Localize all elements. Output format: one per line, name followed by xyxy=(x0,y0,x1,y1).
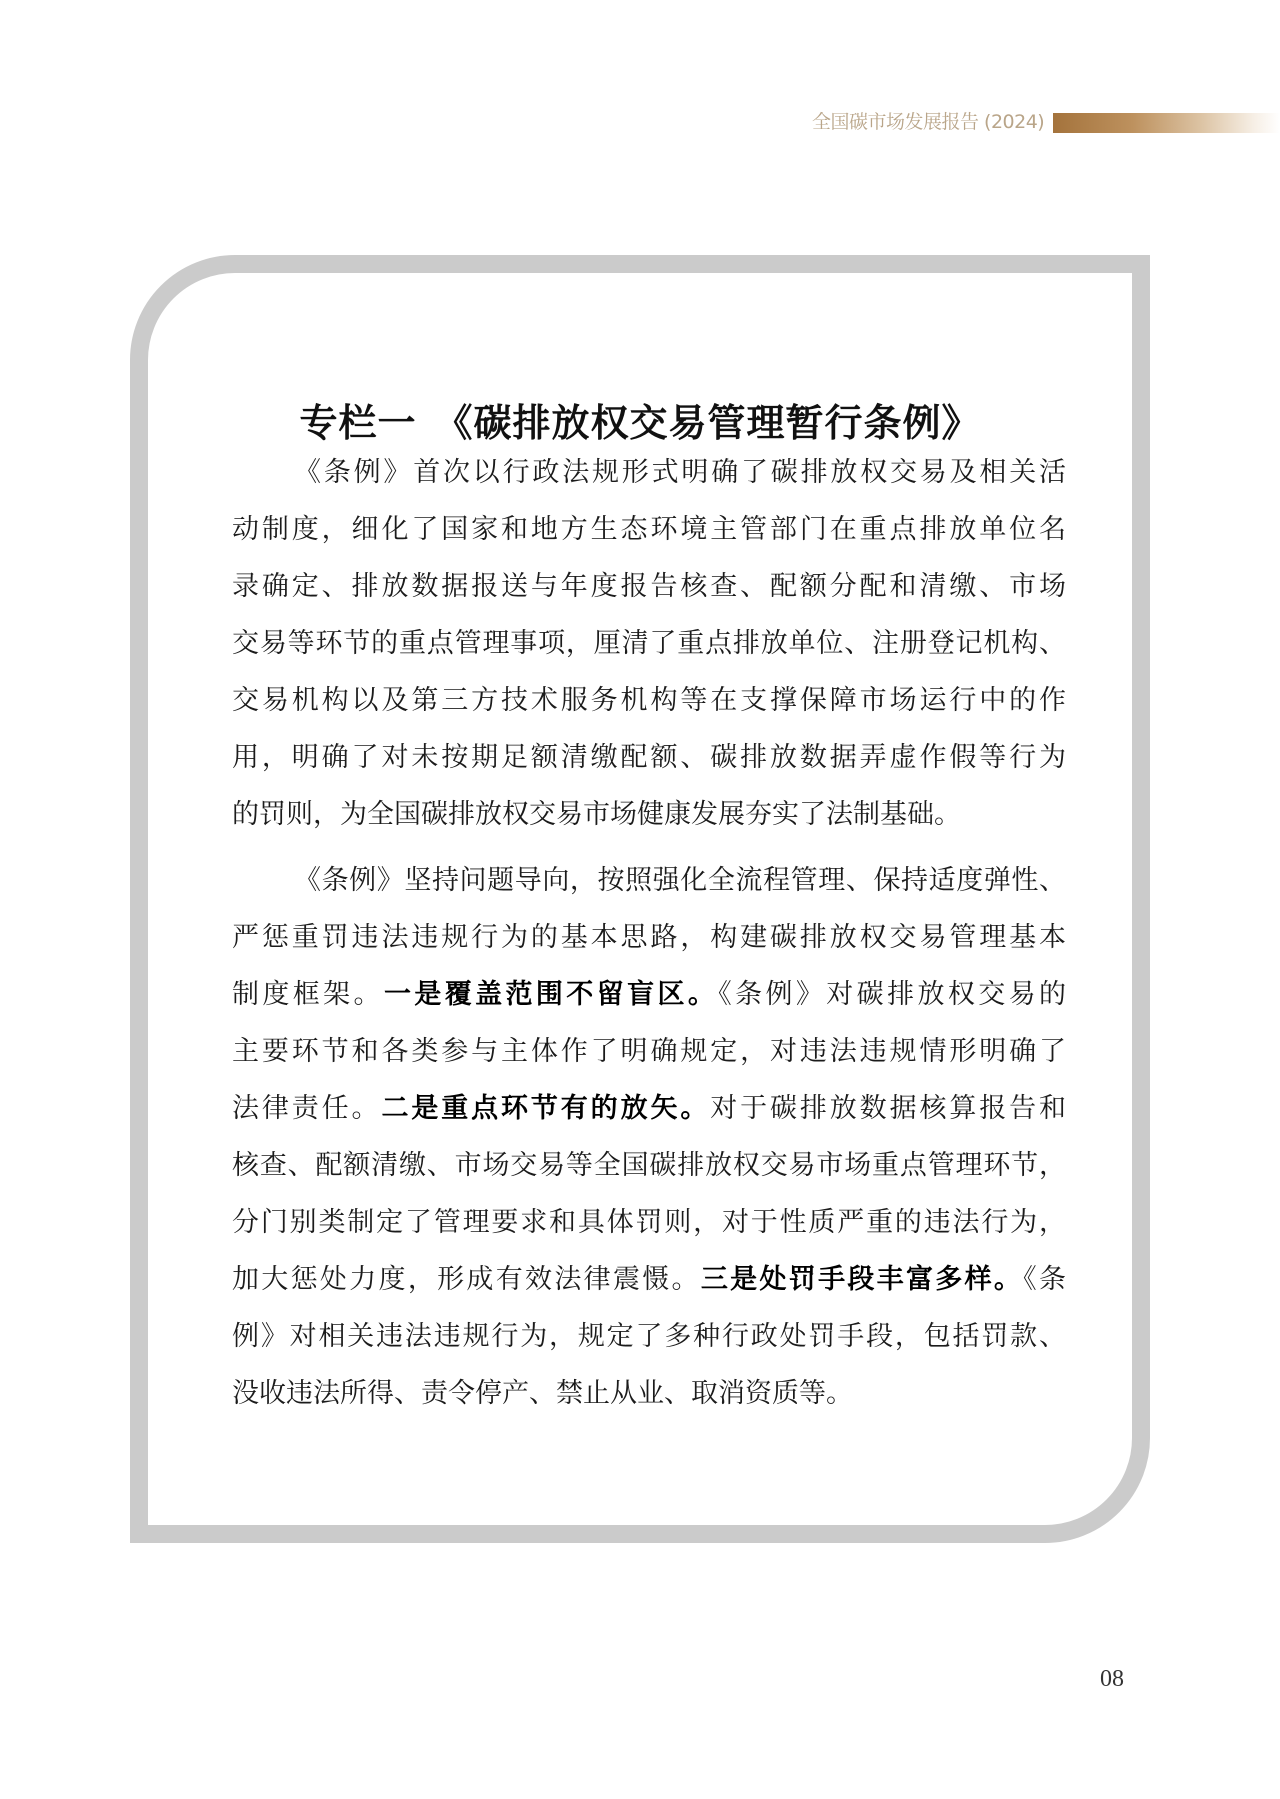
paragraph-1: 《条例》首次以行政法规形式明确了碳排放权交易及相关活动制度，细化了国家和地方生态… xyxy=(232,444,1066,843)
text-line: 没收违法所得、责令停产、禁止从业、取消资质等。 xyxy=(232,1365,1066,1422)
text-line: 录确定、排放数据报送与年度报告核查、配额分配和清缴、市场 xyxy=(232,558,1066,615)
text-segment: 例》对相关违法违规行为，规定了多种行政处罚手段，包括罚款、 xyxy=(232,1321,1066,1352)
text-segment: 核查、配额清缴、市场交易等全国碳排放权交易市场重点管理环节， xyxy=(232,1150,1066,1181)
text-segment: 动制度，细化了国家和地方生态环境主管部门在重点排放单位名 xyxy=(232,514,1066,545)
text-segment: 录确定、排放数据报送与年度报告核查、配额分配和清缴、市场 xyxy=(232,571,1066,602)
paragraph-2: 《条例》坚持问题导向，按照强化全流程管理、保持适度弹性、严惩重罚违法违规行为的基… xyxy=(232,852,1066,1422)
text-line: 《条例》坚持问题导向，按照强化全流程管理、保持适度弹性、 xyxy=(232,852,1066,909)
text-line: 加大惩处力度，形成有效法律震慑。三是处罚手段丰富多样。《条 xyxy=(232,1251,1066,1308)
text-segment: 没收违法所得、责令停产、禁止从业、取消资质等。 xyxy=(232,1378,853,1409)
text-segment: 《条例》首次以行政法规形式明确了碳排放权交易及相关活 xyxy=(294,457,1066,488)
header-accent-bar xyxy=(1053,113,1280,133)
text-line: 法律责任。二是重点环节有的放矢。对于碳排放数据核算报告和 xyxy=(232,1080,1066,1137)
text-segment: 主要环节和各类参与主体作了明确规定，对违法违规情形明确了 xyxy=(232,1036,1066,1067)
text-line: 动制度，细化了国家和地方生态环境主管部门在重点排放单位名 xyxy=(232,501,1066,558)
text-line: 的罚则，为全国碳排放权交易市场健康发展夯实了法制基础。 xyxy=(232,786,1066,843)
text-line: 制度框架。一是覆盖范围不留盲区。《条例》对碳排放权交易的 xyxy=(232,966,1066,1023)
regulation-title: 《碳排放权交易管理暂行条例》 xyxy=(435,400,981,445)
text-line: 用，明确了对未按期足额清缴配额、碳排放数据弄虚作假等行为 xyxy=(232,729,1066,786)
text-line: 分门别类制定了管理要求和具体罚则，对于性质严重的违法行为， xyxy=(232,1194,1066,1251)
text-segment: 分门别类制定了管理要求和具体罚则，对于性质严重的违法行为， xyxy=(232,1207,1066,1238)
text-segment: 交易机构以及第三方技术服务机构等在支撑保障市场运行中的作 xyxy=(232,685,1066,716)
text-line: 主要环节和各类参与主体作了明确规定，对违法违规情形明确了 xyxy=(232,1023,1066,1080)
paragraph-text: 《条例》坚持问题导向，按照强化全流程管理、保持适度弹性、严惩重罚违法违规行为的基… xyxy=(232,852,1066,1422)
running-header: 全国碳市场发展报告 (2024) xyxy=(0,108,1280,138)
bold-key-point: 二是重点环节有的放矢。 xyxy=(381,1093,710,1124)
paragraph-text: 《条例》首次以行政法规形式明确了碳排放权交易及相关活动制度，细化了国家和地方生态… xyxy=(232,444,1066,843)
bold-key-point: 三是处罚手段丰富多样。 xyxy=(701,1264,1023,1295)
text-line: 例》对相关违法违规行为，规定了多种行政处罚手段，包括罚款、 xyxy=(232,1308,1066,1365)
column-label: 专栏一 xyxy=(299,400,416,445)
text-segment: 的罚则，为全国碳排放权交易市场健康发展夯实了法制基础。 xyxy=(232,799,961,830)
text-segment: 加大惩处力度，形成有效法律震慑。 xyxy=(232,1264,701,1295)
text-segment: 制度框架。 xyxy=(232,979,384,1010)
text-line: 严惩重罚违法违规行为的基本思路，构建碳排放权交易管理基本 xyxy=(232,909,1066,966)
text-segment: 严惩重罚违法违规行为的基本思路，构建碳排放权交易管理基本 xyxy=(232,922,1066,953)
text-segment: 法律责任。 xyxy=(232,1093,381,1124)
bold-key-point: 一是覆盖范围不留盲区。 xyxy=(384,979,718,1010)
text-line: 核查、配额清缴、市场交易等全国碳排放权交易市场重点管理环节， xyxy=(232,1137,1066,1194)
page-number: 08 xyxy=(1100,1664,1124,1694)
text-segment: 用，明确了对未按期足额清缴配额、碳排放数据弄虚作假等行为 xyxy=(232,742,1066,773)
text-line: 《条例》首次以行政法规形式明确了碳排放权交易及相关活 xyxy=(232,444,1066,501)
text-segment: 《条例》对碳排放权交易的 xyxy=(718,979,1066,1010)
text-segment: 《条例》坚持问题导向，按照强化全流程管理、保持适度弹性、 xyxy=(294,865,1066,896)
text-segment: 对于碳排放数据核算报告和 xyxy=(710,1093,1066,1124)
text-segment: 交易等环节的重点管理事项，厘清了重点排放单位、注册登记机构、 xyxy=(232,628,1066,659)
text-segment: 《条 xyxy=(1023,1264,1066,1295)
text-line: 交易机构以及第三方技术服务机构等在支撑保障市场运行中的作 xyxy=(232,672,1066,729)
text-line: 交易等环节的重点管理事项，厘清了重点排放单位、注册登记机构、 xyxy=(232,615,1066,672)
report-title: 全国碳市场发展报告 (2024) xyxy=(812,110,1036,134)
